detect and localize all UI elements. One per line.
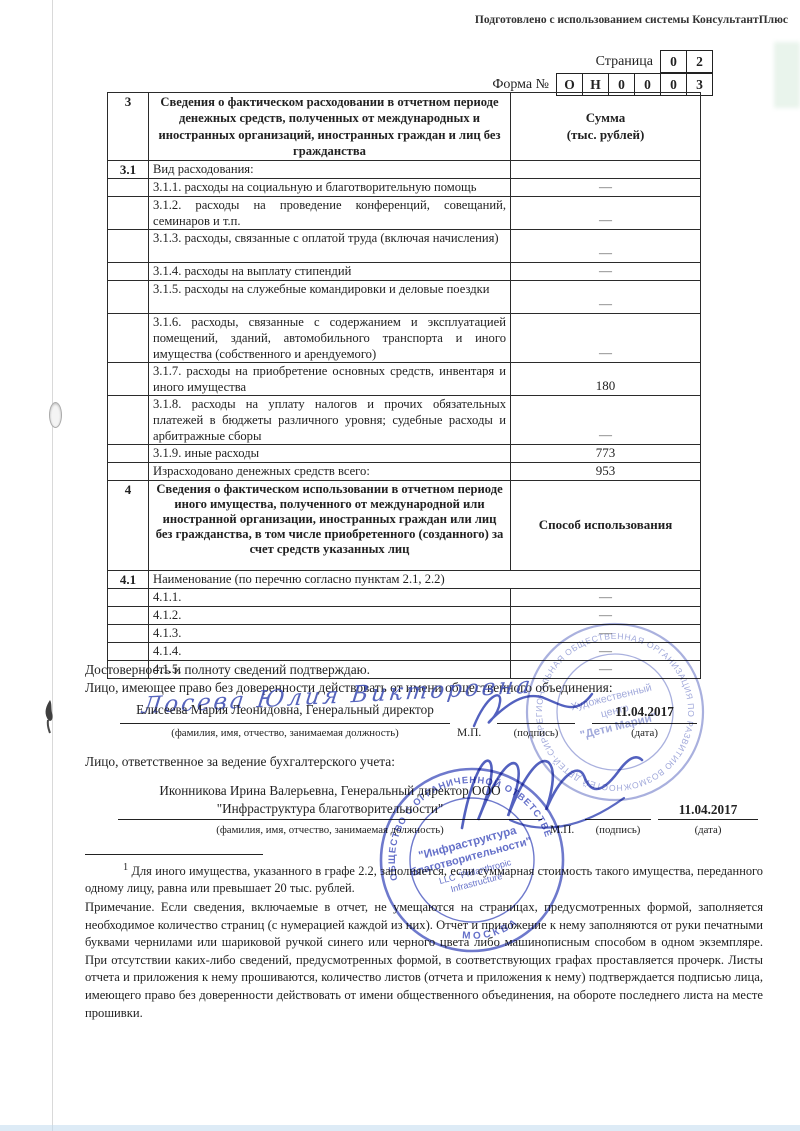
row-value: —	[599, 589, 612, 605]
person2-name-caption: (фамилия, имя, отчество, занимаемая долж…	[118, 824, 542, 836]
table-row: 3.1 Вид расходования:	[108, 161, 700, 179]
page-number-row: Страница 0 2	[480, 50, 713, 73]
mp-label: М.П.	[550, 824, 574, 836]
row-value: —	[599, 245, 612, 261]
row-value: 180	[596, 378, 616, 394]
row-value: 773	[596, 445, 616, 461]
person2-name-line: Иконникова Ирина Валерьевна, Генеральный…	[118, 782, 542, 820]
row-number: 3.1	[108, 161, 149, 178]
note-paragraph: Примечание. Если сведения, включаемые в …	[85, 899, 763, 1022]
table-row: 4.1.1. —	[108, 589, 700, 607]
row-value: —	[599, 427, 612, 443]
report-table: 3 Сведения о фактическом расходовании в …	[107, 92, 701, 679]
form-number-label: Форма №	[492, 77, 549, 93]
person2-signature-line	[585, 802, 651, 820]
row-value: —	[599, 263, 612, 279]
row-value: —	[599, 643, 612, 659]
row-label: 3.1.8. расходы на уплату налогов и прочи…	[149, 396, 511, 444]
section-number: 4	[108, 481, 149, 570]
page-digit-box: 2	[686, 50, 713, 73]
table-row: 3.1.6. расходы, связанные с содержанием …	[108, 314, 700, 363]
person2-date-line: 11.04.2017	[658, 802, 758, 820]
person2-date-caption: (дата)	[658, 824, 758, 836]
person1-signature-line	[497, 704, 575, 724]
row-label: 4.1.2.	[149, 607, 511, 624]
accountant-intro: Лицо, ответственное за ведение бухгалтер…	[85, 754, 395, 770]
row-label: 4.1.1.	[149, 589, 511, 606]
scan-bottom-edge	[0, 1125, 800, 1131]
table-row: 4.1.4. —	[108, 643, 700, 661]
prepared-with-note: Подготовлено с использованием системы Ко…	[475, 14, 788, 26]
row-value: —	[599, 625, 612, 641]
table-row: 4.1.3. —	[108, 625, 700, 643]
table-row: 3.1.8. расходы на уплату налогов и прочи…	[108, 396, 700, 445]
section-4-title: Сведения о фактическом использовании в о…	[149, 481, 511, 570]
row-number: 4.1	[108, 571, 149, 588]
person2-signature-caption: (подпись)	[578, 824, 658, 836]
sum-column-header: Сумма (тыс. рублей)	[511, 93, 700, 160]
section-number: 3	[108, 93, 149, 160]
table-row: 3.1.1. расходы на социальную и благотвор…	[108, 179, 700, 197]
punch-hole	[49, 402, 62, 428]
table-row: 3.1.9. иные расходы 773	[108, 445, 700, 463]
row-value: —	[599, 179, 612, 195]
footnote: 1 Для иного имущества, указанного в граф…	[85, 859, 763, 897]
section-3-title: Сведения о фактическом расходовании в от…	[149, 93, 511, 160]
scan-corner-tint	[774, 42, 800, 108]
table-row: 3.1.2. расходы на проведение конференций…	[108, 197, 700, 230]
total-row: Израсходовано денежных средств всего: 95…	[108, 463, 700, 481]
confirmation-statement: Достоверность и полноту сведений подтвер…	[85, 662, 370, 678]
row-label: 3.1.6. расходы, связанные с содержанием …	[149, 314, 511, 362]
row-label: 3.1.9. иные расходы	[149, 445, 511, 462]
table-row: 4.1.2. —	[108, 607, 700, 625]
usage-column-header: Способ использования	[511, 481, 700, 570]
footnote-separator	[85, 854, 263, 855]
row-value: —	[599, 296, 612, 312]
person1-date-line: 11.04.2017	[592, 704, 697, 724]
total-label: Израсходовано денежных средств всего:	[149, 463, 511, 480]
footnote-text: Для иного имущества, указанного в графе …	[85, 864, 763, 895]
row-label: 3.1.4. расходы на выплату стипендий	[149, 263, 511, 280]
document-page: Подготовлено с использованием системы Ко…	[0, 0, 800, 1131]
table-row: 4.1 Наименование (по перечню согласно пу…	[108, 571, 700, 589]
person1-date-caption: (дата)	[592, 727, 697, 739]
row-label: 3.1.1. расходы на социальную и благотвор…	[149, 179, 511, 196]
row-label: Вид расходования:	[149, 161, 511, 178]
page-edge-line	[52, 0, 53, 1131]
mp-label: М.П.	[457, 727, 481, 739]
row-value: —	[599, 661, 612, 677]
row-value: —	[599, 607, 612, 623]
person1-signature-caption: (подпись)	[497, 727, 575, 739]
row-label: 4.1.4.	[149, 643, 511, 660]
row-label: 3.1.7. расходы на приобретение основных …	[149, 363, 511, 395]
section-3-header-row: 3 Сведения о фактическом расходовании в …	[108, 93, 700, 161]
person1-name-line: Елисеева Мария Леонидовна, Генеральный д…	[120, 702, 450, 724]
row-value: —	[599, 345, 612, 361]
page-digit-box: 0	[660, 50, 687, 73]
table-row: 3.1.5. расходы на служебные командировки…	[108, 281, 700, 314]
row-label: 3.1.5. расходы на служебные командировки…	[149, 281, 511, 313]
total-value: 953	[596, 463, 616, 479]
table-row: 3.1.3. расходы, связанные с оплатой труд…	[108, 230, 700, 263]
row-label: 3.1.3. расходы, связанные с оплатой труд…	[149, 230, 511, 262]
table-row: 3.1.7. расходы на приобретение основных …	[108, 363, 700, 396]
section-4-header-row: 4 Сведения о фактическом использовании в…	[108, 481, 700, 571]
table-row: 3.1.4. расходы на выплату стипендий —	[108, 263, 700, 281]
row-value: —	[599, 212, 612, 228]
row-label: 3.1.2. расходы на проведение конференций…	[149, 197, 511, 229]
ink-mark	[38, 696, 62, 736]
person1-name-caption: (фамилия, имя, отчество, занимаемая долж…	[120, 727, 450, 739]
page-number-label: Страница	[596, 54, 653, 70]
row-label: Наименование (по перечню согласно пункта…	[149, 571, 700, 588]
footnote-marker: 1	[123, 862, 128, 873]
row-label: 4.1.3.	[149, 625, 511, 642]
